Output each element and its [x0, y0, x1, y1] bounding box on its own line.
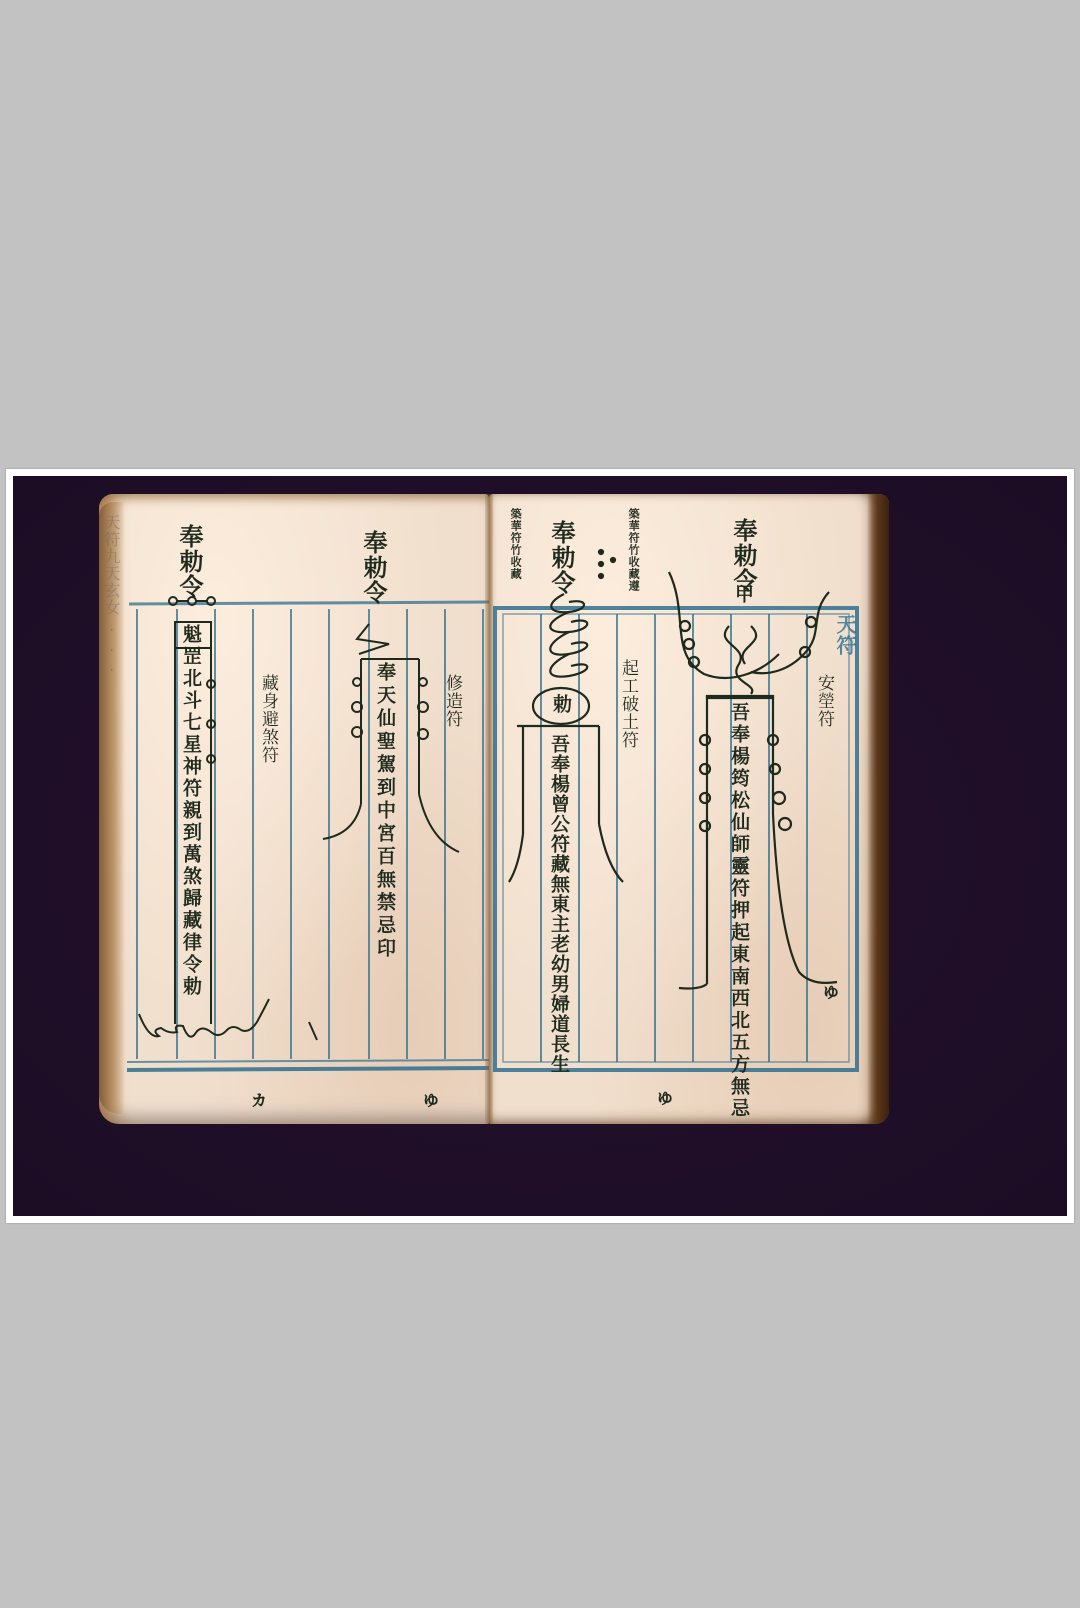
- talisman-4-label: 安塋符: [815, 674, 832, 728]
- talisman-2-label: 修造符: [443, 674, 460, 728]
- talisman-4-top-glyph: 甲: [733, 584, 752, 604]
- footer-mark-3: ゅ: [655, 1080, 675, 1109]
- talisman-2-header: 奉勅令: [361, 530, 385, 605]
- footer-mark-1: ヵ: [249, 1082, 269, 1111]
- talisman-1-header: 奉勅令: [177, 524, 201, 599]
- top-note-2: 築華符竹收藏遵: [627, 508, 639, 592]
- footer-mark-2: ゅ: [421, 1082, 441, 1111]
- talisman-3-seal: 勅: [551, 694, 570, 714]
- talisman-4-header: 奉勅令: [731, 518, 755, 593]
- top-note-1: 築華符竹收藏: [509, 508, 521, 580]
- footer-mark-4: ゅ: [821, 974, 841, 1003]
- talisman-3-header: 奉勅令: [549, 520, 573, 595]
- edge-annotation: 天符九天玄女...: [103, 514, 119, 676]
- left-page-ruling: [99, 494, 489, 1124]
- left-page: 奉勅令 魁罡北斗七星神符親到萬煞歸藏律令勅 藏身避煞符 奉勅令 奉天仙聖駕到中宮…: [99, 494, 489, 1124]
- right-page: 築華符竹收藏 築華符竹收藏遵 奉勅令 勅 吾奉楊曾公符藏無東主老幼男婦道長生 起…: [489, 494, 889, 1124]
- talisman-4-body: 吾奉楊筠松仙師靈符押起東南西北五方無忌: [729, 702, 748, 1120]
- book-spine: [485, 494, 493, 1124]
- talisman-2-body: 奉天仙聖駕到中宮百無禁忌印: [375, 662, 394, 961]
- manuscript-photo: 奉勅令 魁罡北斗七星神符親到萬煞歸藏律令勅 藏身避煞符 奉勅令 奉天仙聖駕到中宮…: [13, 476, 1067, 1216]
- talisman-3-label: 起工破土符: [619, 659, 636, 749]
- talisman-1-label: 藏身避煞符: [259, 674, 276, 764]
- open-book: 奉勅令 魁罡北斗七星神符親到萬煞歸藏律令勅 藏身避煞符 奉勅令 奉天仙聖駕到中宮…: [99, 494, 889, 1124]
- edge-title: 天符: [835, 614, 855, 656]
- talisman-3-body: 吾奉楊曾公符藏無東主老幼男婦道長生: [549, 734, 568, 1074]
- talisman-1-body: 魁罡北斗七星神符親到萬煞歸藏律令勅: [181, 624, 200, 998]
